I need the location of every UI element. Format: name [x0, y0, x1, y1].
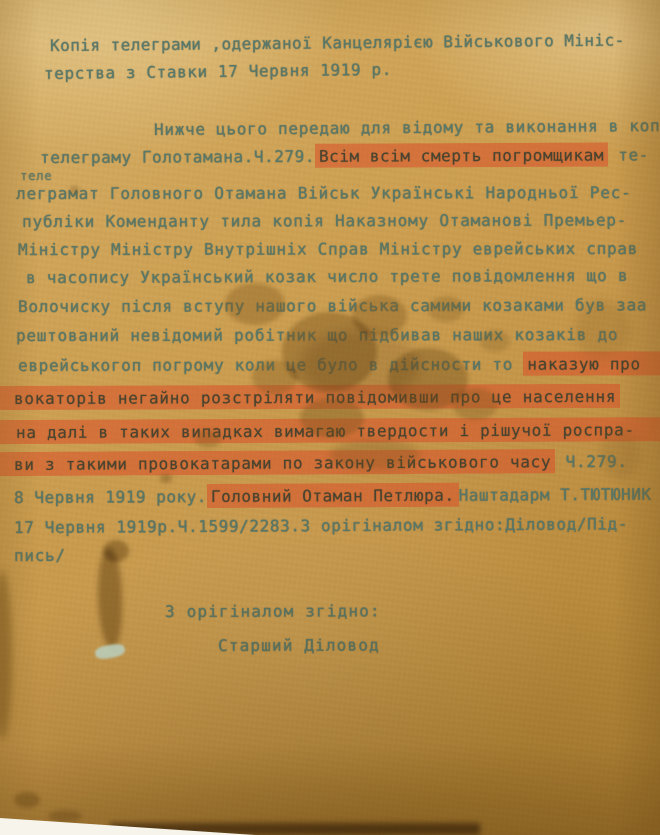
typewritten-text: Наштадарм Т.ТЮТЮНИК: [459, 485, 652, 505]
body-line: рештований невідомий робітник що підбива…: [16, 325, 618, 346]
highlight-mark: на далі в таких випадках вимагаю твердос…: [0, 417, 660, 444]
body-line: пись/: [14, 546, 66, 566]
highlight-mark: ви з такими провокатарами по закону війс…: [0, 449, 555, 476]
body-line: леграмат Головного Отамана Військ Україн…: [16, 183, 632, 204]
typewritten-text: телеграму Голотамана.Ч.279.: [40, 147, 315, 167]
body-line: в часопису Український козак число трете…: [26, 266, 628, 288]
scanned-document-page: Копія телеграми ,одержаної Канцелярією В…: [0, 0, 660, 835]
typewritten-text: те-: [608, 145, 649, 164]
body-line: 8 Червня 1919 року.Головний Отаман Петлю…: [14, 485, 652, 508]
highlight-mark: Головний Отаман Петлюра.: [207, 483, 459, 508]
typewritten-text: Волочиску після вступу нашого війська са…: [18, 295, 647, 316]
highlight-mark: вокаторів негайно розстріляти повідомивш…: [0, 384, 620, 410]
typewritten-text: в часопису Український козак число трете…: [26, 266, 628, 287]
typewritten-text: Нижче цього передаю для відому та викона…: [154, 116, 660, 139]
body-line: 17 Червня 1919р.Ч.1599/2283.3 орігіналом…: [14, 514, 628, 538]
typewritten-text: Старший Діловод: [218, 635, 380, 655]
highlight-mark: Всім всім смерть погромщикам: [315, 143, 608, 168]
typewritten-text: 17 Червня 1919р.Ч.1599/2283.3 орігіналом…: [14, 514, 628, 537]
typewritten-text: Ч.279.: [555, 452, 627, 471]
typewritten-text: рештований невідомий робітник що підбива…: [16, 325, 618, 345]
body-line: на далі в таких випадках вимагаю твердос…: [16, 420, 660, 443]
body-line: телеграму Голотамана.Ч.279.Всім всім сме…: [40, 145, 649, 168]
header-line: терства з Ставки 17 Червня 1919 р.: [44, 60, 392, 84]
body-line: еврейськогоп погрому коли це було в дійс…: [18, 354, 660, 376]
body-line: публіки Коменданту тила копія Наказному …: [22, 210, 627, 232]
typewritten-text: Міністру Міністру Внутрішніх Справ Мініс…: [18, 239, 638, 259]
text-layer: Копія телеграми ,одержаної Канцелярією В…: [0, 0, 660, 835]
body-line: Нижче цього передаю для відому та викона…: [154, 116, 660, 140]
typewritten-text: 8 Червня 1919 року.: [14, 487, 207, 507]
typewritten-text: пись/: [14, 546, 66, 565]
typewritten-text: З орігіналом згідно:: [165, 601, 381, 621]
typewritten-text: еврейськогоп погрому коли це було в дійс…: [18, 355, 523, 375]
highlight-mark: наказую про: [523, 351, 660, 376]
body-line: Міністру Міністру Внутрішніх Справ Мініс…: [18, 239, 638, 260]
certification-line: З орігіналом згідно:: [165, 601, 381, 622]
body-line: ви з такими провокатарами по закону війс…: [14, 452, 628, 475]
header-line: Копія телеграми ,одержаної Канцелярією В…: [50, 30, 625, 56]
typewritten-text: леграмат Головного Отамана Військ Україн…: [16, 183, 632, 203]
interline-insertion: теле: [20, 169, 52, 182]
signature-title-line: Старший Діловод: [218, 635, 380, 656]
typewritten-text: публіки Коменданту тила копія Наказному …: [22, 210, 627, 231]
body-line: вокаторів негайно розстріляти повідомивш…: [14, 387, 620, 409]
typewritten-text: Копія телеграми ,одержаної Канцелярією В…: [50, 30, 625, 55]
typewritten-text: теле: [20, 168, 52, 183]
body-line: Волочиску після вступу нашого війська са…: [18, 295, 647, 317]
typewritten-text: терства з Ставки 17 Червня 1919 р.: [44, 60, 392, 83]
